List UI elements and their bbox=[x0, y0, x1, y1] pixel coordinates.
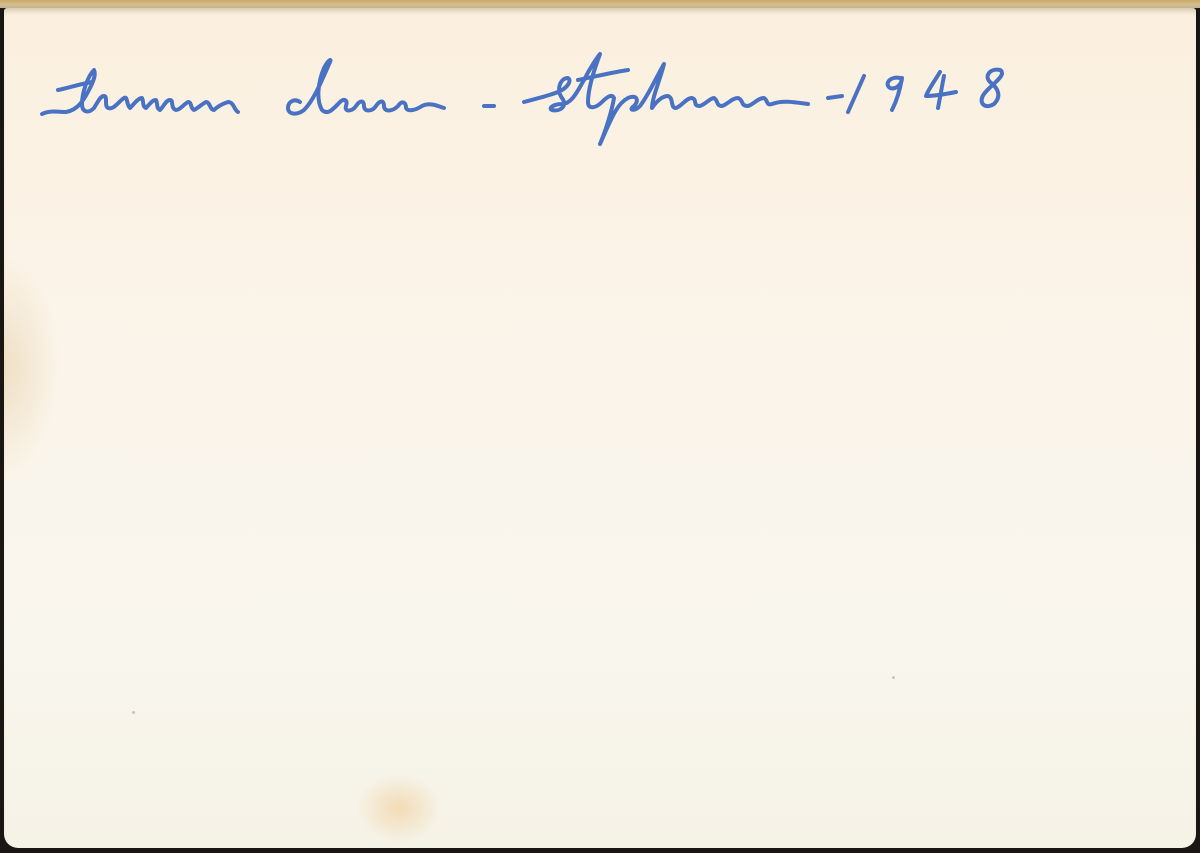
handwriting-ink bbox=[38, 40, 1038, 150]
handwritten-caption: German class - Stephens - 1948 bbox=[38, 40, 1038, 150]
photo-top-edge bbox=[0, 0, 1200, 8]
photo-scan: German class - Stephens - 1948 bbox=[0, 0, 1200, 853]
paper-speck bbox=[132, 711, 135, 714]
paper-speck bbox=[892, 676, 895, 679]
